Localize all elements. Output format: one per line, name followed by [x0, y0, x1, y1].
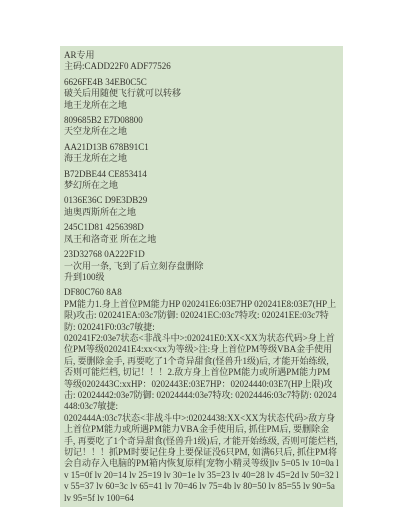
document-page: AR专用 主码:CADD22F0 ADF77526 6626FE4B 34EB0… [0, 0, 400, 517]
section-title: AR专用 [64, 50, 339, 61]
cheat-code-text-block: AR专用 主码:CADD22F0 ADF77526 6626FE4B 34EB0… [60, 46, 343, 507]
pm-status-notes-paragraph: 020241F2:03e7状态<非战斗中>:020241E0:XX<XX为状态代… [64, 333, 339, 413]
code-line: 6626FE4B 34EB0C5C [64, 77, 339, 88]
code-line: AA21D13B 678B91C1 [64, 142, 339, 153]
code-line: 809685B2 E7D08800 [64, 115, 339, 126]
level-note-line: 升到100级 [64, 272, 339, 283]
master-code-line: 主码:CADD22F0 ADF77526 [64, 61, 339, 72]
location-label: 海王龙所在之地 [64, 153, 339, 164]
usage-note-line: 一次用一条, 飞到了后立刻存盘删除 [64, 261, 339, 272]
note-line: 破关后用随便飞行就可以转移 [64, 88, 339, 99]
code-line: 0136E36C D9E3DB29 [64, 195, 339, 206]
location-label: 梦幻所在之地 [64, 180, 339, 191]
code-line: DF80C760 8A8 [64, 287, 339, 298]
code-line: B72DBE44 CE853414 [64, 169, 339, 180]
code-line: 23D32768 0A222F1D [64, 249, 339, 260]
location-label: 天空龙所在之地 [64, 126, 339, 137]
code-line: 245C1D81 4256398D [64, 222, 339, 233]
location-label: 迪奥西斯所在之地 [64, 207, 339, 218]
location-label: 凤王和洛奇亚 所在之地 [64, 234, 339, 245]
enemy-pm-level-table-paragraph: 0202444A:03c7状态<非战斗中>:02024438:XX<XX为状态代… [64, 413, 339, 504]
pm-ability-paragraph: PM能力1.身上首位PM能力HP 020241E6:03E7HP 020241E… [64, 299, 339, 333]
location-label: 地王龙所在之地 [64, 100, 339, 111]
